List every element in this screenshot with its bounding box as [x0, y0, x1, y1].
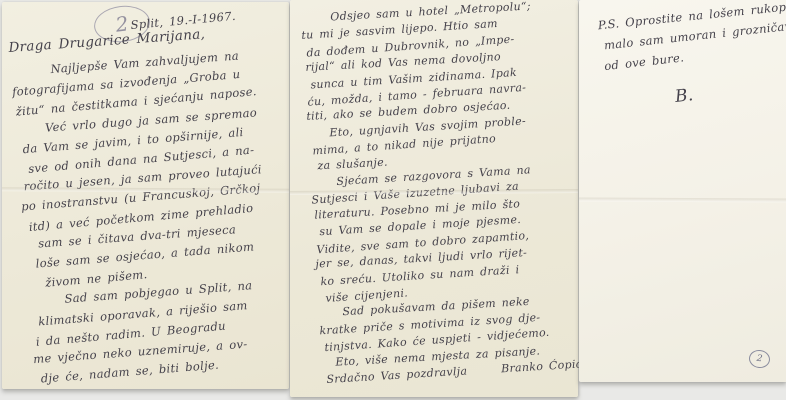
page-number-circle-small: 2 [748, 349, 771, 370]
fold-crease [579, 197, 786, 202]
letter-page-1: 2 Split, 19.-I-1967. Draga Drugarice Mar… [2, 2, 289, 389]
signature-initial: B. [674, 85, 694, 107]
letter-body-page-1: Najljepše Vam zahvaljujem na fotografija… [10, 41, 327, 389]
letter-page-3: P.S. Oprostite na lošem rukopisu, malo s… [579, 0, 786, 382]
letter-page-2: Odsjeo sam u hotel „Metropolu“; tu mi je… [290, 0, 578, 397]
page-number: 2 [756, 354, 763, 365]
postscript: P.S. Oprostite na lošem rukopisu, malo s… [597, 0, 786, 76]
scanned-letter-photo: 2 Split, 19.-I-1967. Draga Drugarice Mar… [0, 0, 786, 400]
dateline: Split, 19.-I-1967. [130, 3, 301, 32]
